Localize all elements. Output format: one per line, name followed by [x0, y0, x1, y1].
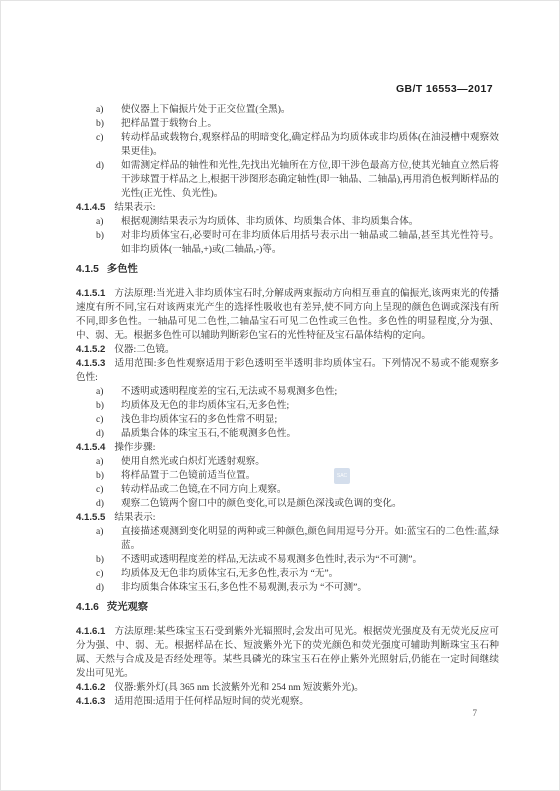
section-title: 多色性: [107, 264, 138, 275]
list-item-label: c): [96, 131, 121, 159]
clause-text: 适用范围:多色性观察适用于彩色透明至半透明非均质体宝石。下列情况不易或不能观察多…: [76, 358, 499, 383]
document-page: GB/T 16553—2017 a)使仪器上下偏振片处于正交位置(全黑)。b)把…: [0, 0, 560, 791]
list-item-c: c)转动样品或载物台,观察样品的明暗变化,确定样品为均质体或非均质体(在油浸槽中…: [76, 131, 499, 159]
clause-number: 4.1.5.4: [76, 442, 105, 453]
clause-text: 适用范围:适用于任何样品短时间的荧光观察。: [114, 696, 309, 707]
clause-4.1.5.5: 4.1.5.5结果表示:: [76, 511, 499, 525]
clause-4.1.5.3: 4.1.5.3适用范围:多色性观察适用于彩色透明至半透明非均质体宝石。下列情况不…: [76, 357, 499, 385]
list-item-a: a)使仪器上下偏振片处于正交位置(全黑)。: [76, 103, 499, 117]
list-item-label: d): [96, 497, 121, 511]
list-item-label: a): [96, 215, 121, 229]
list-item-text: 直接描述观测到变化明显的两种或三种颜色,颜色间用逗号分开。如:蓝宝石的二色性:蓝…: [121, 525, 499, 553]
list-item-label: a): [96, 103, 121, 117]
section-heading-4.1.5: 4.1.5多色性: [76, 263, 499, 277]
list-item-text: 对非均质体宝石,必要时可在非均质体后用括号表示出一轴晶或二轴晶,甚至其光性符号。…: [121, 229, 499, 257]
page-number: 7: [473, 708, 478, 718]
list-item-label: b): [96, 553, 121, 567]
clause-text: 结果表示:: [114, 512, 155, 523]
clause-number: 4.1.5.3: [76, 358, 105, 369]
list-item-label: a): [96, 385, 121, 399]
clause-number: 4.1.4.5: [76, 202, 105, 213]
list-item-b: b)均质体及无色的非均质体宝石,无多色性;: [76, 399, 499, 413]
clause-number: 4.1.6.3: [76, 696, 105, 707]
section-heading-4.1.6: 4.1.6荧光观察: [76, 601, 499, 615]
clause-text: 操作步骤:: [114, 442, 155, 453]
standard-code-header: GB/T 16553—2017: [396, 83, 493, 95]
list-item-d: d)如需测定样品的轴性和光性,先找出光轴所在方位,即干涉色最高方位,使其光轴直立…: [76, 159, 499, 201]
list-item-label: b): [96, 229, 121, 257]
list-item-label: a): [96, 455, 121, 469]
section-number: 4.1.6: [76, 602, 99, 613]
list-item-label: b): [96, 399, 121, 413]
list-item-label: a): [96, 525, 121, 553]
list-item-a: a)不透明或透明程度差的宝石,无法或不易观测多色性;: [76, 385, 499, 399]
clause-text: 方法原理:当光进入非均质体宝石时,分解成两束振动方向相互垂直的偏振光,该两束光的…: [76, 288, 499, 341]
section-title: 荧光观察: [107, 602, 148, 613]
list-item-text: 不透明或透明程度差的宝石,无法或不易观测多色性;: [121, 385, 499, 399]
list-item-text: 使用自然光或白炽灯光透射观察。: [121, 455, 499, 469]
list-item-text: 非均质集合体珠宝玉石,多色性不易观测,表示为 “不可测”。: [121, 581, 499, 595]
list-item-d: d)晶质集合体的珠宝玉石,不能观测多色性。: [76, 427, 499, 441]
list-item-label: b): [96, 117, 121, 131]
list-item-a: a)使用自然光或白炽灯光透射观察。: [76, 455, 499, 469]
list-item-text: 不透明或透明程度差的样品,无法或不易观测多色性时,表示为“不可测”。: [121, 553, 499, 567]
list-item-text: 晶质集合体的珠宝玉石,不能观测多色性。: [121, 427, 499, 441]
clause-4.1.4.5: 4.1.4.5结果表示:: [76, 201, 499, 215]
clause-4.1.6.2: 4.1.6.2仪器:紫外灯(具 365 nm 长波紫外光和 254 nm 短波紫…: [76, 681, 499, 695]
clause-text: 仪器:二色镜。: [114, 344, 174, 355]
clause-4.1.5.1: 4.1.5.1方法原理:当光进入非均质体宝石时,分解成两束振动方向相互垂直的偏振…: [76, 287, 499, 343]
list-item-text: 观察二色镜两个窗口中的颜色变化,可以是颜色深浅或色调的变化。: [121, 497, 499, 511]
list-item-a: a)根据观测结果表示为均质体、非均质体、均质集合体、非均质集合体。: [76, 215, 499, 229]
list-item-text: 均质体及无色非均质体宝石,无多色性,表示为 “无”。: [121, 567, 499, 581]
clause-number: 4.1.5.2: [76, 344, 105, 355]
list-item-b: b)不透明或透明程度差的样品,无法或不易观测多色性时,表示为“不可测”。: [76, 553, 499, 567]
list-item-label: c): [96, 483, 121, 497]
list-item-text: 转动样品或二色镜,在不同方向上观察。: [121, 483, 499, 497]
clause-number: 4.1.6.1: [76, 626, 105, 637]
list-item-label: c): [96, 413, 121, 427]
list-item-d: d)观察二色镜两个窗口中的颜色变化,可以是颜色深浅或色调的变化。: [76, 497, 499, 511]
lettered-list: a)使用自然光或白炽灯光透射观察。b)将样品置于二色镜前适当位置。c)转动样品或…: [76, 455, 499, 511]
clause-text: 结果表示:: [114, 202, 155, 213]
list-item-label: c): [96, 567, 121, 581]
scanner-watermark-badge: SAC: [334, 468, 350, 484]
list-item-label: d): [96, 581, 121, 595]
list-item-c: c)浅色非均质体宝石的多色性常不明显;: [76, 413, 499, 427]
list-item-b: b)对非均质体宝石,必要时可在非均质体后用括号表示出一轴晶或二轴晶,甚至其光性符…: [76, 229, 499, 257]
list-item-text: 使仪器上下偏振片处于正交位置(全黑)。: [121, 103, 499, 117]
lettered-list: a)直接描述观测到变化明显的两种或三种颜色,颜色间用逗号分开。如:蓝宝石的二色性…: [76, 525, 499, 595]
lettered-list: a)不透明或透明程度差的宝石,无法或不易观测多色性;b)均质体及无色的非均质体宝…: [76, 385, 499, 441]
list-item-c: c)转动样品或二色镜,在不同方向上观察。: [76, 483, 499, 497]
list-item-text: 把样品置于载物台上。: [121, 117, 499, 131]
section-number: 4.1.5: [76, 264, 99, 275]
lettered-list: a)根据观测结果表示为均质体、非均质体、均质集合体、非均质集合体。b)对非均质体…: [76, 215, 499, 257]
list-item-label: b): [96, 469, 121, 483]
clause-text: 仪器:紫外灯(具 365 nm 长波紫外光和 254 nm 短波紫外光)。: [114, 682, 363, 693]
list-item-text: 均质体及无色的非均质体宝石,无多色性;: [121, 399, 499, 413]
list-item-text: 转动样品或载物台,观察样品的明暗变化,确定样品为均质体或非均质体(在油浸槽中观察…: [121, 131, 499, 159]
clause-4.1.6.3: 4.1.6.3适用范围:适用于任何样品短时间的荧光观察。: [76, 695, 499, 709]
list-item-a: a)直接描述观测到变化明显的两种或三种颜色,颜色间用逗号分开。如:蓝宝石的二色性…: [76, 525, 499, 553]
clause-number: 4.1.6.2: [76, 682, 105, 693]
list-item-label: d): [96, 159, 121, 201]
clause-4.1.6.1: 4.1.6.1方法原理:某些珠宝玉石受到紫外光辐照时,会发出可见光。根据荧光强度…: [76, 625, 499, 681]
clause-number: 4.1.5.5: [76, 512, 105, 523]
list-item-text: 如需测定样品的轴性和光性,先找出光轴所在方位,即干涉色最高方位,使其光轴直立然后…: [121, 159, 499, 201]
list-item-text: 浅色非均质体宝石的多色性常不明显;: [121, 413, 499, 427]
clause-number: 4.1.5.1: [76, 288, 105, 299]
list-item-label: d): [96, 427, 121, 441]
list-item-d: d)非均质集合体珠宝玉石,多色性不易观测,表示为 “不可测”。: [76, 581, 499, 595]
list-item-c: c)均质体及无色非均质体宝石,无多色性,表示为 “无”。: [76, 567, 499, 581]
document-content: a)使仪器上下偏振片处于正交位置(全黑)。b)把样品置于载物台上。c)转动样品或…: [76, 103, 499, 709]
list-item-text: 将样品置于二色镜前适当位置。: [121, 469, 499, 483]
list-item-b: b)把样品置于载物台上。: [76, 117, 499, 131]
list-item-b: b)将样品置于二色镜前适当位置。: [76, 469, 499, 483]
clause-text: 方法原理:某些珠宝玉石受到紫外光辐照时,会发出可见光。根据荧光强度及有无荧光反应…: [76, 626, 499, 679]
list-item-text: 根据观测结果表示为均质体、非均质体、均质集合体、非均质集合体。: [121, 215, 499, 229]
lettered-list: a)使仪器上下偏振片处于正交位置(全黑)。b)把样品置于载物台上。c)转动样品或…: [76, 103, 499, 201]
clause-4.1.5.4: 4.1.5.4操作步骤:: [76, 441, 499, 455]
clause-4.1.5.2: 4.1.5.2仪器:二色镜。: [76, 343, 499, 357]
